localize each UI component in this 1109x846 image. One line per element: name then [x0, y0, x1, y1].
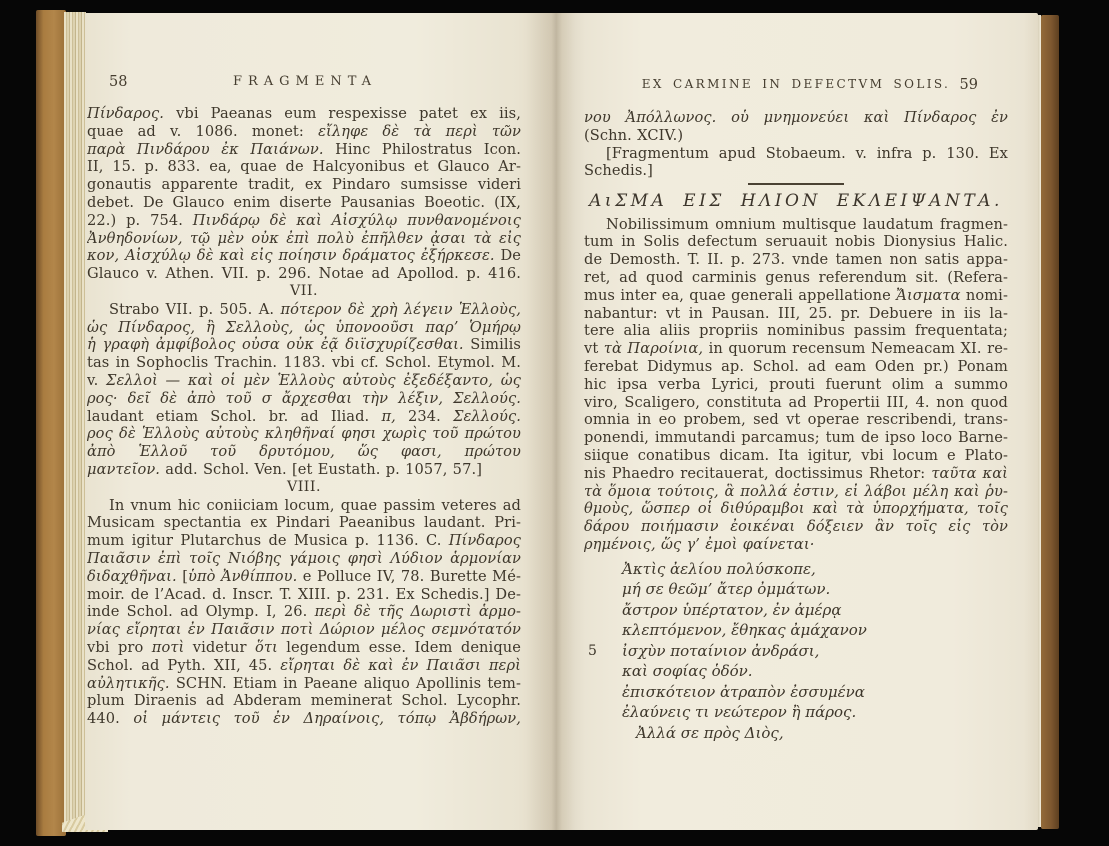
text-line: Πίνδαρος. vbi Paeanas eum respexisse pat… — [87, 105, 521, 123]
text-line: νου Ἀπόλλωνος. οὗ μνημονεύει καὶ Πίνδαρο… — [584, 109, 1008, 127]
verse-text: καὶ σοφίας ὁδόν. — [622, 662, 753, 680]
paragraph: νου Ἀπόλλωνος. οὗ μνημονεύει καὶ Πίνδαρο… — [584, 109, 1008, 145]
poem-line: Ἀλλά σε πρὸς Διὸς, — [622, 723, 1008, 744]
verse-text: Ἀλλά σε πρὸς Διὸς, — [636, 724, 784, 742]
text-line: moir. de l’Acad. d. Inscr. T. XIII. p. 2… — [87, 586, 521, 604]
text-line: vt τὰ Παροίνια, in quorum recensum Nemea… — [584, 340, 1008, 358]
text-line: (Schn. XCIV.) — [584, 127, 1008, 145]
text-line: tum in Solis defectum seruauit nobis Dio… — [584, 233, 1008, 251]
poem-line: Ἀκτὶς ἀελίου πολύσκοπε, — [622, 559, 1008, 580]
poem-line: 5ἰσχὺν ποταίνιον ἀνδράσι, — [622, 641, 1008, 662]
text-line: siique conatibus dicam. Ita igitur, vbi … — [584, 447, 1008, 465]
verse-text: ἐπισκότειον ἀτραπὸν ἐσσυμένα — [622, 683, 865, 701]
verse-text: ἐλαύνεις τι νεώτερον ἢ πάρος. — [622, 703, 856, 721]
text-line: [Fragmentum apud Stobaeum. v. infra p. 1… — [584, 145, 1008, 163]
text-line: gonautis apparente tradit, ex Pindaro su… — [87, 176, 521, 194]
paragraph: Πίνδαρος. vbi Paeanas eum respexisse pat… — [87, 105, 521, 283]
text-line: μαντεῖον. add. Schol. Ven. [et Eustath. … — [87, 461, 521, 479]
left-running-head: FRAGMENTA — [87, 74, 523, 89]
text-line: tere alia aliis propriis nominibus passi… — [584, 322, 1008, 340]
text-line: Musicam spectantia ex Pindari Paeanibus … — [87, 514, 521, 532]
paragraph: Strabo VII. p. 505. A. πότερον δὲ χρὴ λέ… — [87, 301, 521, 479]
text-line: αὐλητικῆς. SCHN. Etiam in Paeane aliquo … — [87, 675, 521, 693]
text-line: νίας εἴρηται ἐν Παιᾶσιν ποτὶ Δώριον μέλο… — [87, 621, 521, 639]
text-line: II, 15. p. 833. ea, quae de Halcyonibus … — [87, 158, 521, 176]
text-line: mus inter ea, quae generali appellatione… — [584, 287, 1008, 305]
right-page-header: EX CARMINE IN DEFECTVM SOLIS. 59 — [584, 77, 1008, 97]
section-heading: VII. — [87, 283, 521, 301]
text-line: Nobilissimum omnium multisque laudatum f… — [584, 216, 1008, 234]
poem-line: ἐλαύνεις τι νεώτερον ἢ πάρος. — [622, 702, 1008, 723]
text-line: παρὰ Πινδάρου ἐκ Παιάνων. Hinc Philostra… — [87, 141, 521, 159]
text-line: plum Diraenis ad Abderam meminerat Schol… — [87, 692, 521, 710]
text-line: tas in Sophoclis Trachin. 1183. vbi cf. … — [87, 354, 521, 372]
text-line: ponendi, immutandi parcamus; tum de ipso… — [584, 429, 1008, 447]
text-line: vbi pro ποτὶ videtur ὅτι legendum esse. … — [87, 639, 521, 657]
poem-line: καὶ σοφίας ὁδόν. — [622, 661, 1008, 682]
left-page: 58 FRAGMENTA Πίνδαρος. vbi Paeanas eum r… — [85, 13, 556, 830]
text-line: debet. De Glauco enim diserte Pausanias … — [87, 194, 521, 212]
text-line: διδαχθῆναι. [ὑπὸ Ἀνθίππου. e Polluce IV,… — [87, 568, 521, 586]
right-page-text: νου Ἀπόλλωνος. οὗ μνημονεύει καὶ Πίνδαρο… — [584, 109, 1008, 743]
text-line: v. Σελλοὶ — καὶ οἱ μὲν Ἑλλοὺς αὐτοὺς ἐξε… — [87, 372, 521, 390]
text-line: ὡς Πίνδαρος, ἢ Σελλοὺς, ὡς ὑπονοοῦσι παρ… — [87, 319, 521, 337]
text-line: ferebat Didymus ap. Schol. ad eam Oden p… — [584, 358, 1008, 376]
text-line: Schol. ad Pyth. XII, 45. εἴρηται δὲ καὶ … — [87, 657, 521, 675]
text-line: omnia in eo probem, sed vt operae rescri… — [584, 411, 1008, 429]
poem-title: ΑιΣΜΑ ΕΙΣ ΗΛΙΟΝ ΕΚΛΕΙΨΑΝΤΑ. — [584, 188, 1008, 214]
text-line: Schedis.] — [584, 162, 1008, 180]
left-page-header: 58 FRAGMENTA — [87, 74, 523, 94]
right-running-head: EX CARMINE IN DEFECTVM SOLIS. — [584, 77, 1008, 91]
left-page-text: Πίνδαρος. vbi Paeanas eum respexisse pat… — [87, 105, 521, 728]
text-line: In vnum hic coniiciam locum, quae passim… — [87, 497, 521, 515]
right-page-number: 59 — [960, 77, 978, 93]
text-line: ret, ad quod carminis genus referendum s… — [584, 269, 1008, 287]
text-line: Strabo VII. p. 505. A. πότερον δὲ χρὴ λέ… — [87, 301, 521, 319]
poem-line: κλεπτόμενον, ἔθηκας ἀμάχανον — [622, 620, 1008, 641]
text-line: ρος δὲ Ἑλλοὺς αὐτοὺς κληθῆναί φησι χωρὶς… — [87, 425, 521, 443]
text-line: κον, Αἰσχύλῳ δὲ καὶ εἰς ποίησιν δράματος… — [87, 247, 521, 265]
text-line: 440. οἱ μάντεις τοῦ ἐν Δηραίνοις, τόπῳ Ἀ… — [87, 710, 521, 728]
text-line: δάρου ποιήμασιν ἐοικέναι δόξειεν ἂν τοῖς… — [584, 518, 1008, 536]
poem-line: ἐπισκότειον ἀτραπὸν ἐσσυμένα — [622, 682, 1008, 703]
text-line: mum igitur Plutarchus de Musica p. 1136.… — [87, 532, 521, 550]
text-line: inde Schol. ad Olymp. I, 26. περὶ δὲ τῆς… — [87, 603, 521, 621]
verse-text: κλεπτόμενον, ἔθηκας ἀμάχανον — [622, 621, 867, 639]
text-line: θμοὺς, ὥσπερ οἱ διθύραμβοι καὶ τὰ ὑπορχή… — [584, 500, 1008, 518]
book-cover-right-edge — [1041, 15, 1059, 829]
text-line: ρος· δεῖ δὲ ἀπὸ τοῦ σ ἄρχεσθαι τὴν λέξιν… — [87, 390, 521, 408]
separator-rule — [748, 183, 844, 185]
paragraph: [Fragmentum apud Stobaeum. v. infra p. 1… — [584, 145, 1008, 181]
text-line: nabantur: vt in Pausan. III, 25. pr. Deb… — [584, 305, 1008, 323]
text-line: ἀπὸ Ἑλλοῦ τοῦ δρυτόμου, ὥς φασι, πρώτου … — [87, 443, 521, 461]
poem: Ἀκτὶς ἀελίου πολύσκοπε,μή σε θεῶμ’ ἄτερ … — [584, 559, 1008, 744]
text-line: de Demosth. T. II. p. 273. vnde tamen no… — [584, 251, 1008, 269]
poem-line: μή σε θεῶμ’ ἄτερ ὀμμάτων. — [622, 579, 1008, 600]
text-line: ρημένοις, ὥς γ’ ἐμοὶ φαίνεται· — [584, 536, 1008, 554]
verse-text: Ἀκτὶς ἀελίου πολύσκοπε, — [622, 560, 816, 578]
paragraph: Nobilissimum omnium multisque laudatum f… — [584, 216, 1008, 554]
photo-background: 58 FRAGMENTA Πίνδαρος. vbi Paeanas eum r… — [0, 0, 1109, 846]
right-page: EX CARMINE IN DEFECTVM SOLIS. 59 νου Ἀπό… — [556, 13, 1038, 830]
text-line: Ἀνθηδονίων, τῷ μὲν οὐκ ἐπὶ πολὺ ἐπῆλθεν … — [87, 230, 521, 248]
section-heading: VIII. — [87, 479, 521, 497]
text-line: τὰ ὅμοια τούτοις, ἃ πολλά ἐστιν, εἰ λάβο… — [584, 483, 1008, 501]
left-page-number: 58 — [109, 74, 127, 90]
text-line: quae ad v. 1086. monet: εἴληφε δὲ τὰ περ… — [87, 123, 521, 141]
poem-line: ἄστρον ὑπέρτατον, ἐν ἀμέρᾳ — [622, 600, 1008, 621]
text-line: laudant etiam Schol. br. ad Iliad. π, 23… — [87, 408, 521, 426]
text-line: Glauco v. Athen. VII. p. 296. Notae ad A… — [87, 265, 521, 283]
book-cover-left-edge — [36, 10, 66, 836]
verse-number: 5 — [588, 641, 597, 662]
verse-text: μή σε θεῶμ’ ἄτερ ὀμμάτων. — [622, 580, 830, 598]
text-line: ἡ γραφὴ ἀμφίβολος οὖσα οὐκ ἐᾷ διϊσχυρίζε… — [87, 336, 521, 354]
text-line: Παιᾶσιν ἐπὶ τοῖς Νιόβης γάμοις φησὶ Λύδι… — [87, 550, 521, 568]
text-line: viro, Scaligero, constituta ad Propertii… — [584, 394, 1008, 412]
text-line: nis Phaedro recitauerat, doctissimus Rhe… — [584, 465, 1008, 483]
paragraph: In vnum hic coniiciam locum, quae passim… — [87, 497, 521, 728]
text-line: hic ipsa verba Lyrici, prouti fuerunt ol… — [584, 376, 1008, 394]
verse-text: ἰσχὺν ποταίνιον ἀνδράσι, — [622, 642, 819, 660]
verse-text: ἄστρον ὑπέρτατον, ἐν ἀμέρᾳ — [622, 601, 841, 619]
page-edges-stack-left — [64, 12, 86, 830]
text-line: 22.) p. 754. Πινδάρῳ δὲ καὶ Αἰσχύλῳ πυνθ… — [87, 212, 521, 230]
